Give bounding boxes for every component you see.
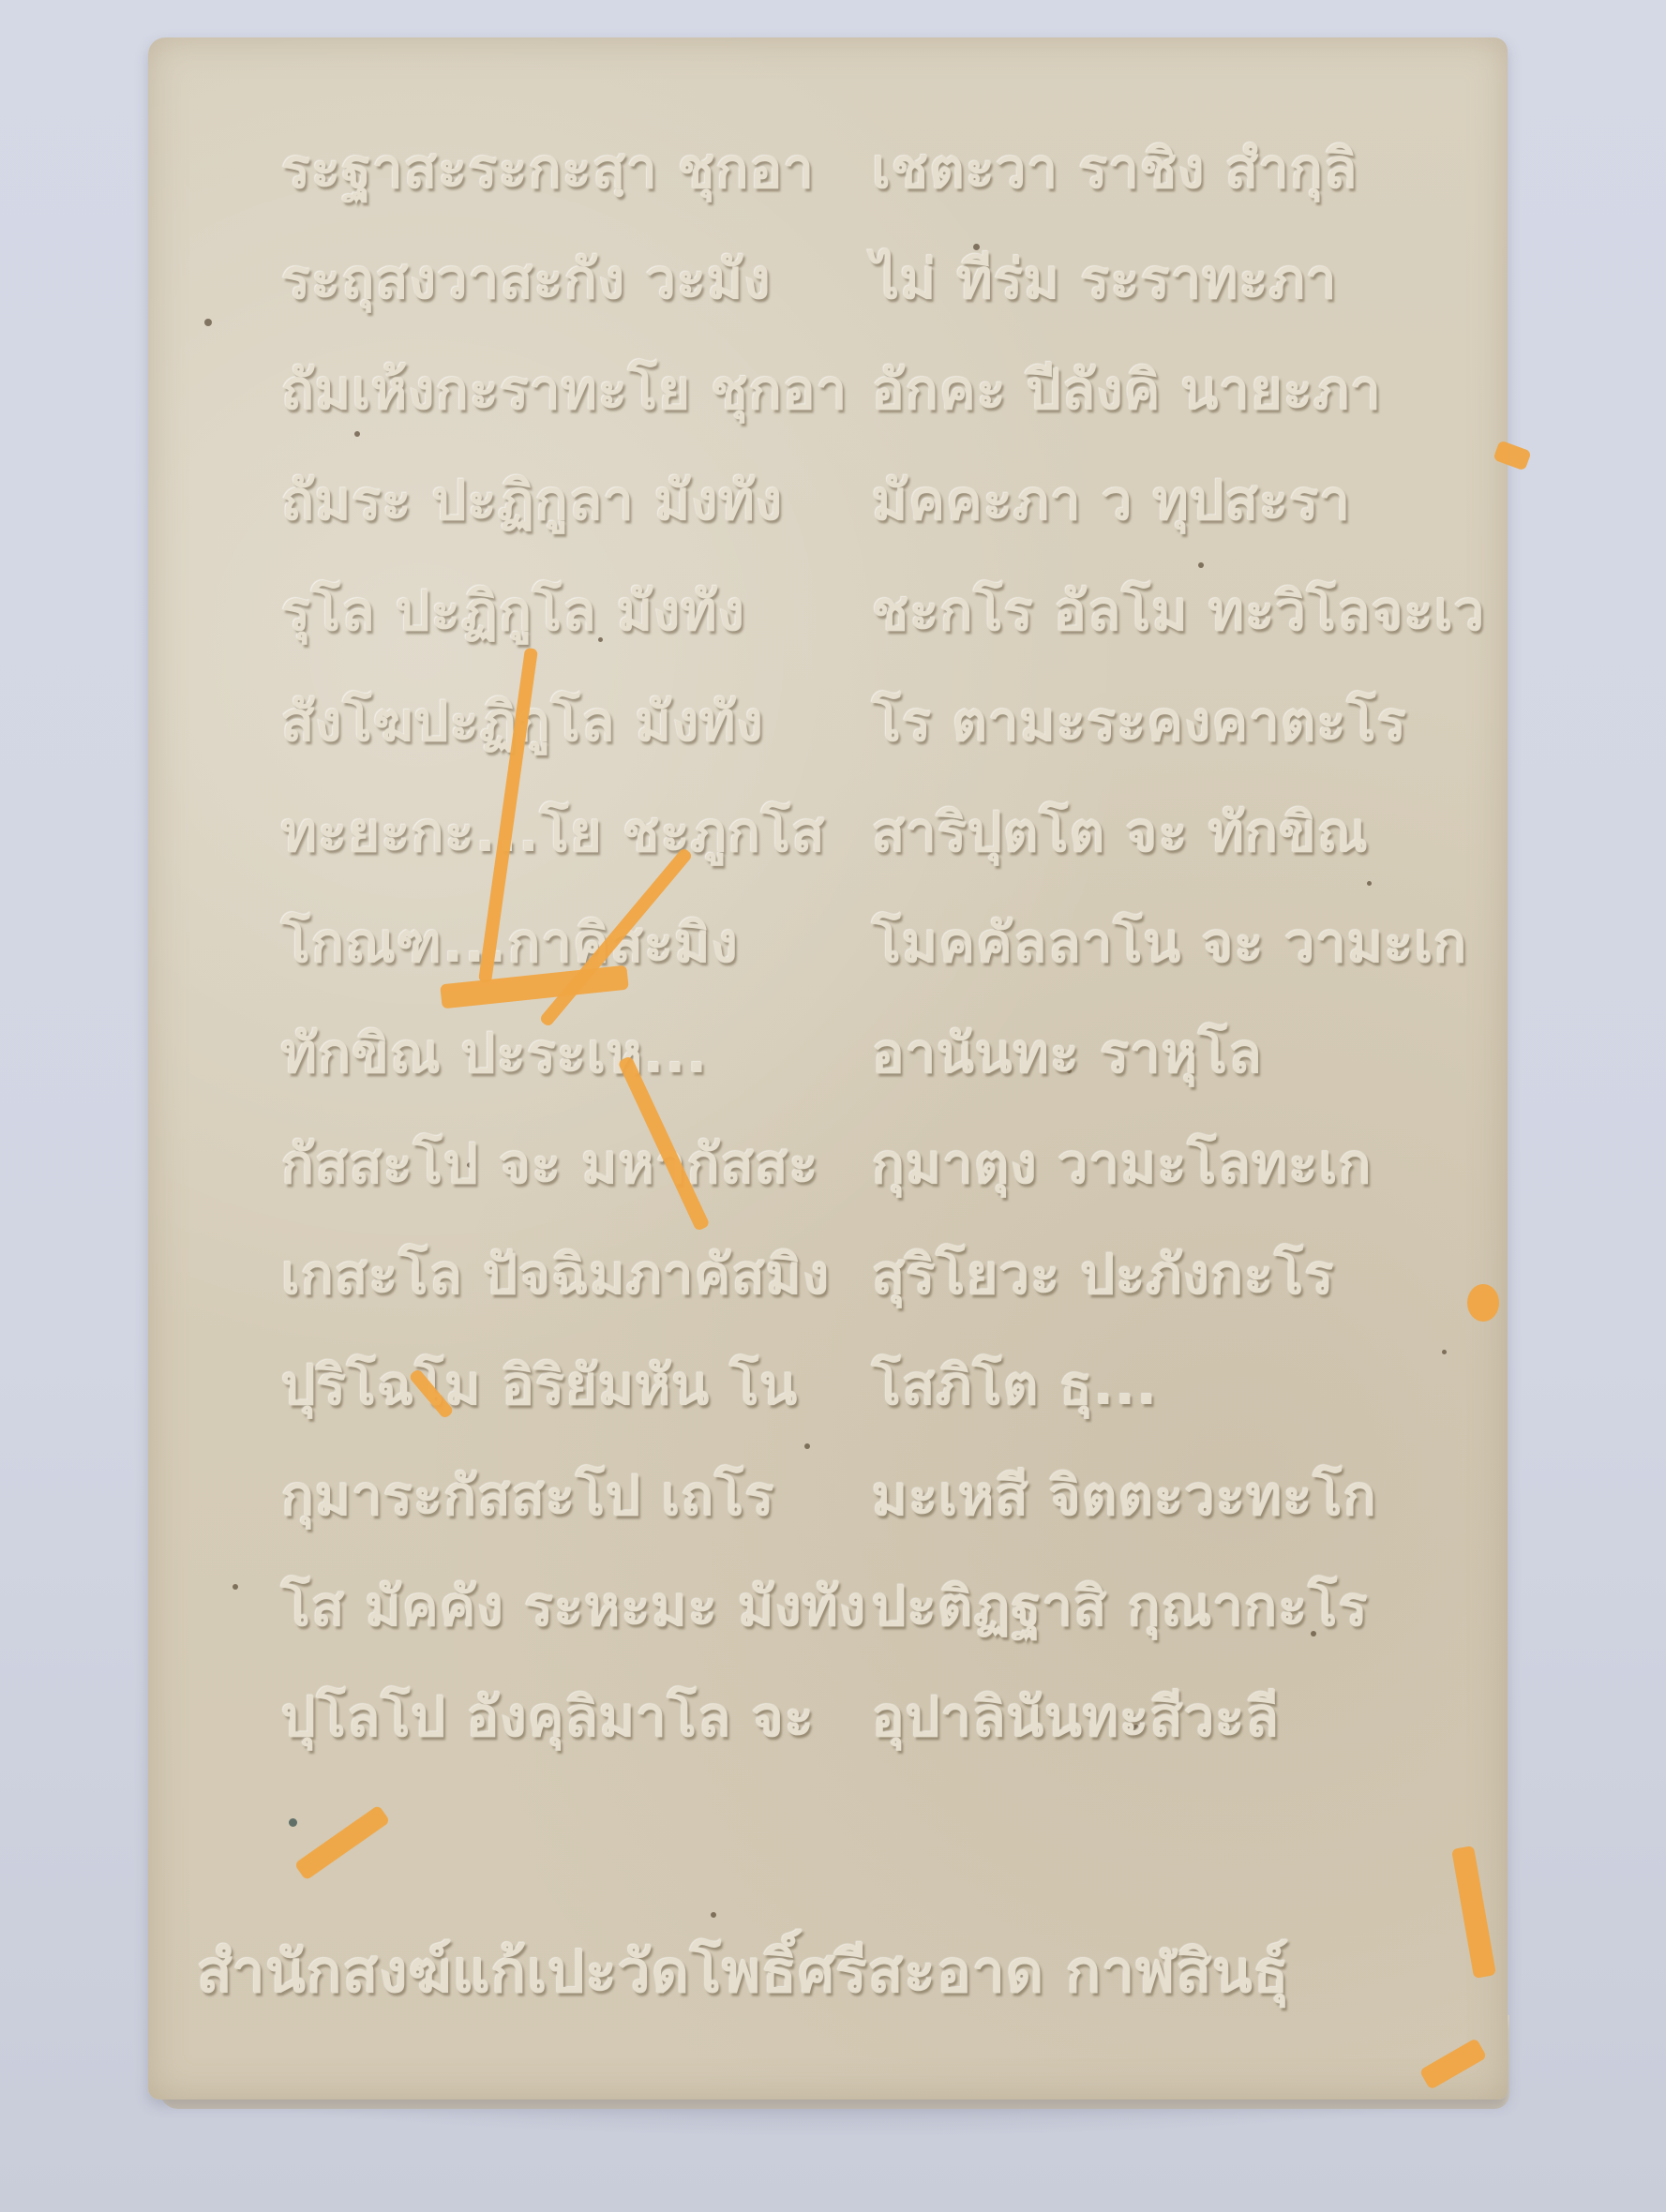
orange-thread (1467, 1284, 1499, 1322)
inscription-line: โส มัคคัง ระหะมะ มังทัง (281, 1550, 844, 1661)
inscription-line: ไม่ ทีร่ม ระราทะภา (872, 223, 1434, 334)
inscription-line: ระถุสงวาสะกัง วะมัง (281, 223, 844, 334)
inscription-line: กุมาระกัสสะโป เถโร (281, 1440, 844, 1550)
inscription-left-column: ระฐาสะระกะสฺา ชุกอา ระถุสงวาสะกัง วะมัง … (281, 112, 844, 1771)
inscription-line: กัสสะโป จะ มหากัสสะ (281, 1108, 844, 1218)
inscription-line: รุโล ปะฏิกูโล มังทัง (281, 555, 844, 665)
inscription-line: สุริโยวะ ปะภังกะโร (872, 1218, 1434, 1329)
inscription-line: โมคคัลลาโน จะ วามะเก (872, 887, 1434, 997)
inscription-line: ทะยะกะ...โย ชะภูกโส (281, 776, 844, 887)
inscription-line: ชะกโร อัลโม ทะวิโลจะเว (872, 555, 1434, 665)
inscription-line: ปะติฏฐาสิ กุณากะโร (872, 1550, 1434, 1661)
inscription-line: อักคะ ปีลังคิ นายะภา (872, 334, 1434, 444)
inscription-line: ปุริโฉโม อิริยัมหัน โน (281, 1329, 844, 1440)
inscription-footer: สำนักสงฆ์แก้เปะวัดโพธิ์ศรีสะอาด กาฬสินธุ… (197, 1926, 1491, 2018)
inscription-line: เชตะวา ราชิง สำกุลิ (872, 112, 1434, 223)
inscription-line: อุปาลินันทะสีวะลี (872, 1661, 1434, 1771)
inscription-line: โร ตามะระคงคาตะโร (872, 665, 1434, 776)
inscription-line: กุมาตุง วามะโลทะเก (872, 1108, 1434, 1218)
inscription-line: สังโฆปะฏิกูโล มังทัง (281, 665, 844, 776)
inscription-line: ถัมเห้งกะราทะโย ชุกอา (281, 334, 844, 444)
inscription-line: ทักขิณ ปะระเห... (281, 997, 844, 1108)
inscription-line: อานันทะ ราหุโล (872, 997, 1434, 1108)
inscription-line: ถัมระ ปะฏิกูลา มังทัง (281, 444, 844, 555)
inscription-line: มะเหสี จิตตะวะทะโก (872, 1440, 1434, 1550)
inscription-right-column: เชตะวา ราชิง สำกุลิ ไม่ ทีร่ม ระราทะภา อ… (872, 112, 1434, 1771)
inscription-line: โสภิโต ธุ... (872, 1329, 1434, 1440)
inscription-line: ระฐาสะระกะสฺา ชุกอา (281, 112, 844, 223)
inscription-line: เกสะโล ปัจฉิมภาคัสมิง (281, 1218, 844, 1329)
inscription-line: ปุโลโป อังคุลิมาโล จะ (281, 1661, 844, 1771)
inscription-line: มัคคะภา ว ทุปสะรา (872, 444, 1434, 555)
inscription-line: สาริปุตโต จะ ทักขิณ (872, 776, 1434, 887)
